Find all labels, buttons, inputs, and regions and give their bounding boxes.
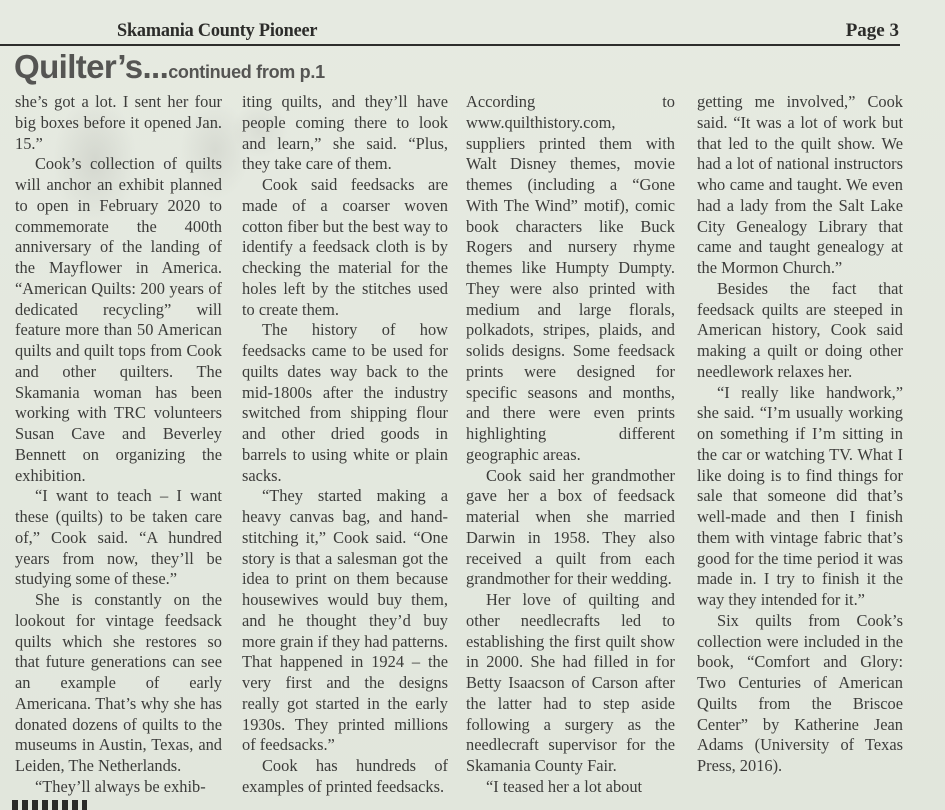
paragraph: Cook’s collection of quilts will anchor … — [15, 154, 222, 486]
page-number: Page 3 — [846, 20, 899, 42]
article-column-1: she’s got a lot. I sent her four big box… — [15, 92, 222, 798]
paragraph: “I want to teach – I want these (quilts)… — [15, 486, 222, 590]
newspaper-page: Skamania County Pioneer Page 3 Quilter’s… — [0, 0, 945, 810]
paragraph: getting me involved,” Cook said. “It was… — [697, 92, 903, 279]
article-column-2: iting quilts, and they’ll have people co… — [242, 92, 448, 798]
paragraph: Six quilts from Cook’s collection were i… — [697, 611, 903, 777]
paragraph: Besides the fact that feedsack quilts ar… — [697, 279, 903, 383]
paragraph: she’s got a lot. I sent her four big box… — [15, 92, 222, 154]
paragraph: The history of how feedsacks came to be … — [242, 320, 448, 486]
paragraph: “I teased her a lot about — [466, 777, 675, 798]
paragraph: “They’ll always be exhib- — [15, 777, 222, 798]
headline-continuation: continued from p.1 — [168, 62, 325, 82]
paragraph: She is constantly on the lookout for vin… — [15, 590, 222, 777]
paragraph: Cook has hundreds of examples of printed… — [242, 756, 448, 798]
paragraph: Cook said her grandmother gave her a box… — [466, 466, 675, 591]
publication-name: Skamania County Pioneer — [117, 20, 317, 42]
article-column-3: According to www.quilthistory.com, suppl… — [466, 92, 675, 798]
headline-title: Quilter’s... — [14, 48, 168, 85]
masthead-divider — [0, 44, 900, 46]
paragraph: Her love of quilting and other needlecra… — [466, 590, 675, 777]
cropped-heading-fragment — [12, 800, 87, 810]
paragraph: According to www.quilthistory.com, suppl… — [466, 92, 675, 466]
paragraph: “They started making a heavy canvas bag,… — [242, 486, 448, 756]
paragraph: Cook said feedsacks are made of a coarse… — [242, 175, 448, 320]
article-column-4: getting me involved,” Cook said. “It was… — [697, 92, 903, 777]
paragraph: iting quilts, and they’ll have people co… — [242, 92, 448, 175]
article-headline: Quilter’s...continued from p.1 — [14, 48, 325, 86]
paragraph: “I really like handwork,” she said. “I’m… — [697, 383, 903, 611]
masthead: Skamania County Pioneer Page 3 — [0, 14, 945, 44]
